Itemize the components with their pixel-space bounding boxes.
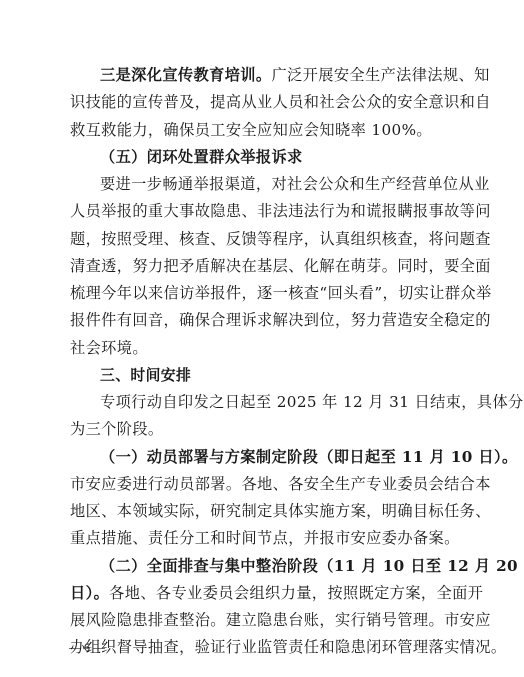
section-heading: 三、时间安排	[70, 362, 456, 389]
stage-heading: （一）动员部署与方案制定阶段（即日起至 11 月 10 日）。	[70, 444, 456, 471]
paragraph-line: 办组织督导抽查，验证行业监管责任和隐患闭环管理落实情况。	[70, 634, 456, 661]
paragraph-line: 报件件有回音，确保合理诉求解决到位，努力营造安全稳定的	[70, 307, 456, 334]
bold-lead: 三是深化宣传教育培训。	[100, 66, 271, 84]
paragraph-line: 清查透，努力把矛盾解决在基层、化解在萌芽。同时，要全面	[70, 253, 456, 280]
paragraph-line: 为三个阶段。	[70, 416, 456, 443]
paragraph-line: 展风险隐患排查整治。建立隐患台账，实行销号管理。市安应	[70, 607, 456, 634]
paragraph-line: 要进一步畅通举报渠道，对社会公众和生产经营单位从业	[70, 171, 456, 198]
paragraph-line: 专项行动自印发之日起至 2025 年 12 月 31 日结束，具体分	[70, 389, 456, 416]
paragraph-line: 日）。各地、各专业委员会组织力量，按照既定方案，全面开	[70, 580, 456, 607]
paragraph-line: 重点措施、责任分工和时间节点，并报市安应委办备案。	[70, 525, 456, 552]
paragraph-line: 社会环境。	[70, 335, 456, 362]
paragraph-line: 梳理今年以来信访举报件，逐一核查“回头看”，切实让群众举	[70, 280, 456, 307]
paragraph-line: 三是深化宣传教育培训。广泛开展安全生产法律法规、知	[70, 62, 456, 89]
page-number: — 6 —	[69, 640, 105, 655]
paragraph-line: 人员举报的重大事故隐患、非法违法行为和谎报瞒报事故等问	[70, 198, 456, 225]
document-page: 三是深化宣传教育培训。广泛开展安全生产法律法规、知 识技能的宣传普及，提高从业人…	[70, 62, 456, 662]
paragraph-line: 救互救能力，确保员工安全应知应会知晓率 100%。	[70, 117, 456, 144]
paragraph-line: 地区、本领域实际，研究制定具体实施方案，明确目标任务、	[70, 498, 456, 525]
paragraph-line: 识技能的宣传普及，提高从业人员和社会公众的安全意识和自	[70, 89, 456, 116]
paragraph-line: 市安应委进行动员部署。各地、各安全生产专业委员会结合本	[70, 471, 456, 498]
subsection-heading: （五）闭环处置群众举报诉求	[70, 144, 456, 171]
paragraph-line: 题，按照受理、核查、反馈等程序，认真组织核查，将问题查	[70, 226, 456, 253]
stage-heading: （二）全面排查与集中整治阶段（11 月 10 日至 12 月 20	[70, 553, 456, 580]
